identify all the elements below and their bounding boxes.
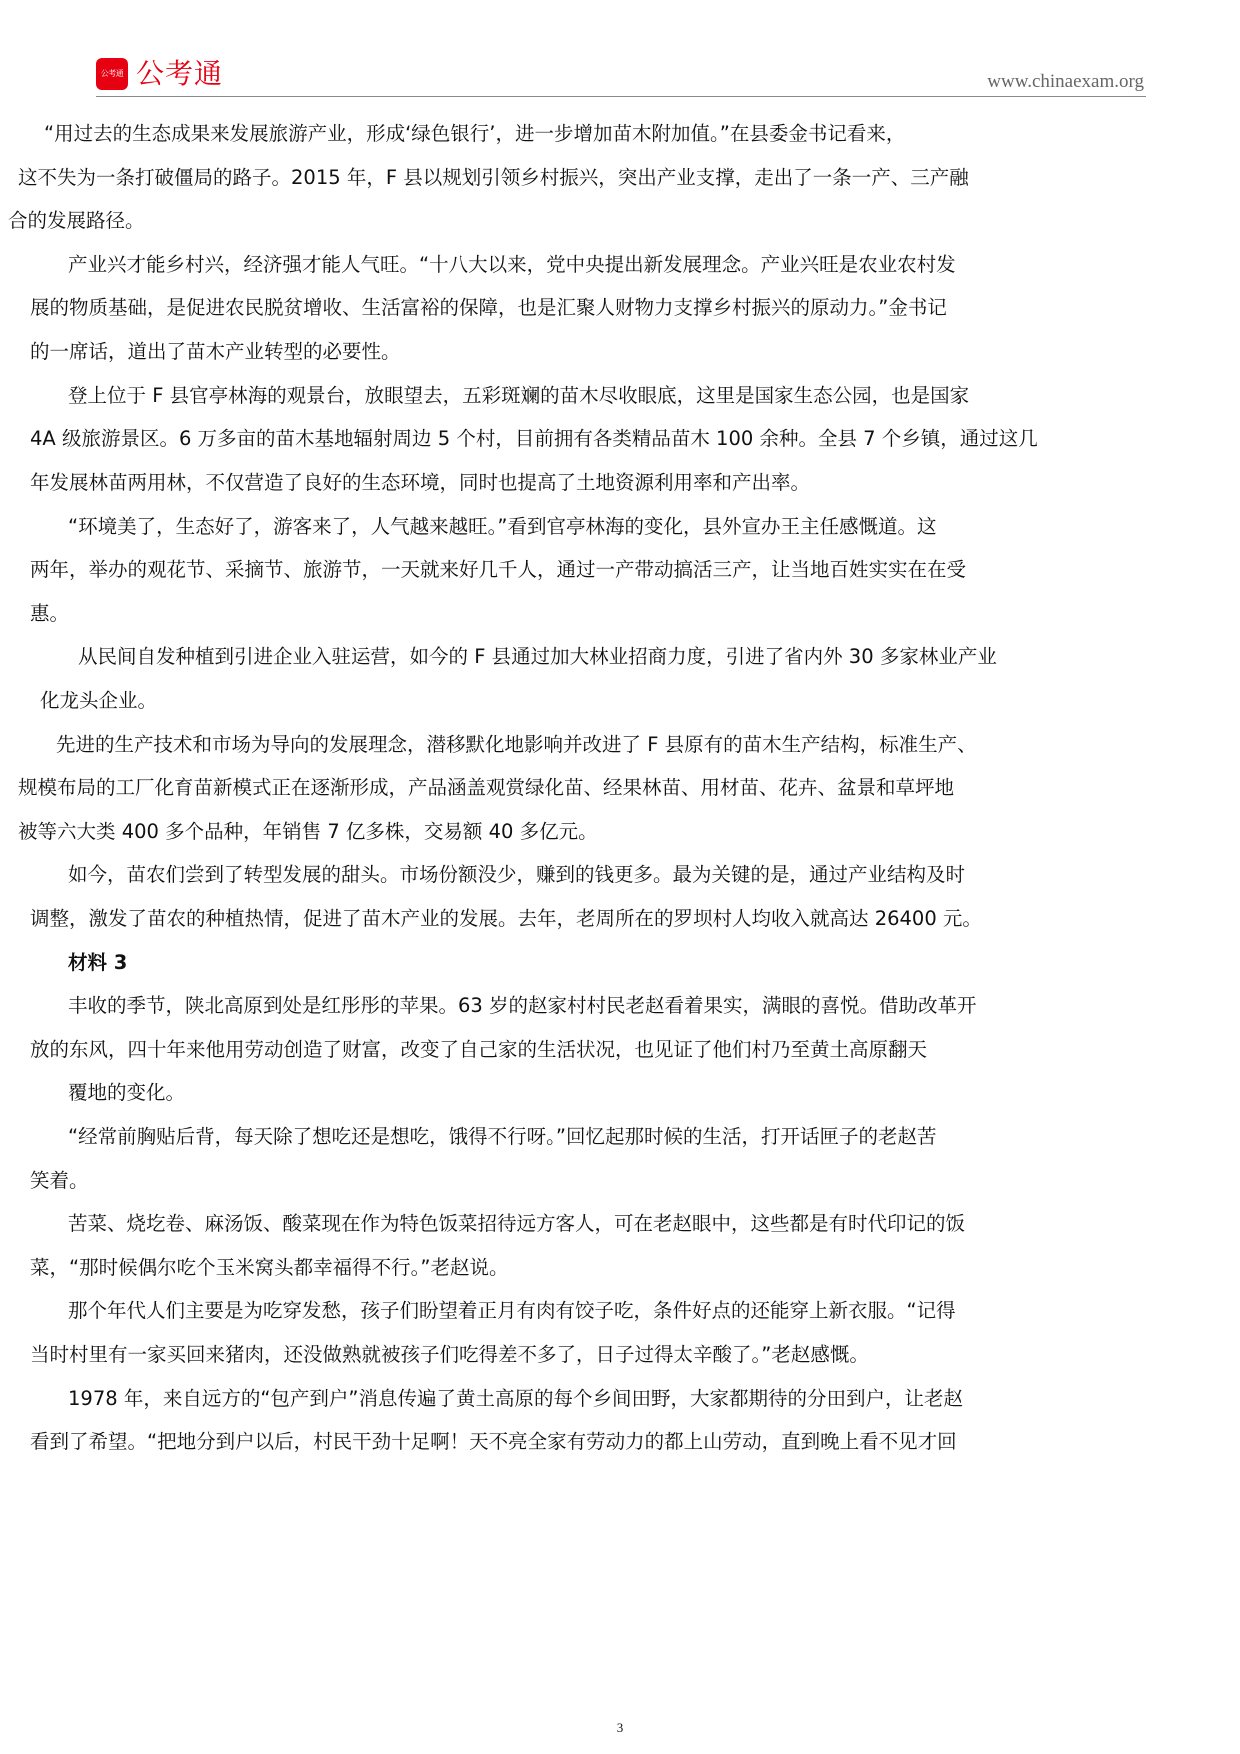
- text-line: 覆地的变化。: [68, 1080, 185, 1106]
- text-line: 产业兴才能乡村兴，经济强才能人气旺。“十八大以来，党中央提出新发展理念。产业兴旺…: [68, 252, 956, 278]
- text-line: 从民间自发种植到引进企业入驻运营，如今的 F 县通过加大林业招商力度，引进了省内…: [78, 644, 997, 670]
- text-line: 放的东风，四十年来他用劳动创造了财富，改变了自己家的生活状况，也见证了他们村乃至…: [30, 1037, 927, 1063]
- text-line: 先进的生产技术和市场为导向的发展理念，潜移默化地影响并改进了 F 县原有的苗木生…: [56, 732, 977, 758]
- text-line: “用过去的生态成果来发展旅游产业，形成‘绿色银行’，进一步增加苗木附加值。”在县…: [44, 121, 905, 147]
- section-heading: 材料 3: [68, 950, 127, 976]
- page-header: 公考通 公考通 www.chinaexam.org: [96, 56, 1146, 100]
- text-line: 这不失为一条打破僵局的路子。2015 年，F 县以规划引领乡村振兴，突出产业支撑…: [18, 165, 969, 191]
- logo-badge-icon: 公考通: [96, 58, 128, 90]
- header-divider: [96, 96, 1146, 97]
- text-line: 那个年代人们主要是为吃穿发愁，孩子们盼望着正月有肉有饺子吃，条件好点的还能穿上新…: [68, 1298, 956, 1324]
- text-line: 笑着。: [30, 1168, 89, 1194]
- text-line: 调整，激发了苗农的种植热情，促进了苗木产业的发展。去年，老周所在的罗坝村人均收入…: [30, 906, 982, 932]
- text-line: 两年，举办的观花节、采摘节、旅游节，一天就来好几千人，通过一产带动搞活三产，让当…: [30, 557, 966, 583]
- text-line: 展的物质基础，是促进农民脱贫增收、生活富裕的保障，也是汇聚人财物力支撑乡村振兴的…: [30, 295, 947, 321]
- text-line: 规模布局的工厂化育苗新模式正在逐渐形成，产品涵盖观赏绿化苗、经果林苗、用材苗、花…: [18, 775, 954, 801]
- page-number: 3: [0, 1720, 1240, 1736]
- text-line: 登上位于 F 县官亭林海的观景台，放眼望去，五彩斑斓的苗木尽收眼底，这里是国家生…: [68, 383, 969, 409]
- text-line: 如今，苗农们尝到了转型发展的甜头。市场份额没少，赚到的钱更多。最为关键的是，通过…: [68, 862, 965, 888]
- text-line: 合的发展路径。: [8, 208, 145, 234]
- text-line: 年发展林苗两用林，不仅营造了良好的生态环境，同时也提高了土地资源利用率和产出率。: [30, 470, 810, 496]
- text-line: 苦菜、烧圪卷、麻汤饭、酸菜现在作为特色饭菜招待远方客人，可在老赵眼中，这些都是有…: [68, 1211, 965, 1237]
- text-line: 的一席话，道出了苗木产业转型的必要性。: [30, 339, 401, 365]
- text-line: 1978 年，来自远方的“包产到户”消息传遍了黄土高原的每个乡间田野，大家都期待…: [68, 1386, 963, 1412]
- text-line: 惠。: [30, 601, 69, 627]
- text-line: 4A 级旅游景区。6 万多亩的苗木基地辐射周边 5 个村，目前拥有各类精品苗木 …: [30, 426, 1038, 452]
- text-line: 菜，“那时候偶尔吃个玉米窝头都幸福得不行。”老赵说。: [30, 1255, 508, 1281]
- text-line: “经常前胸贴后背，每天除了想吃还是想吃，饿得不行呀。”回忆起那时候的生活，打开话…: [68, 1124, 936, 1150]
- text-line: 当时村里有一家买回来猪肉，还没做熟就被孩子们吃得差不多了，日子过得太辛酸了。”老…: [30, 1342, 869, 1368]
- text-line: 化龙头企业。: [40, 688, 157, 714]
- logo-text: 公考通: [136, 54, 223, 94]
- text-line: “环境美了，生态好了，游客来了，人气越来越旺。”看到官亭林海的变化，县外宣办王主…: [68, 514, 936, 540]
- site-url[interactable]: www.chinaexam.org: [987, 70, 1144, 94]
- text-line: 看到了希望。“把地分到户以后，村民干劲十足啊！天不亮全家有劳动力的都上山劳动，直…: [30, 1429, 957, 1455]
- text-line: 被等六大类 400 多个品种，年销售 7 亿多株，交易额 40 多亿元。: [18, 819, 598, 845]
- text-line: 丰收的季节，陕北高原到处是红彤彤的苹果。63 岁的赵家村村民老赵看着果实，满眼的…: [68, 993, 977, 1019]
